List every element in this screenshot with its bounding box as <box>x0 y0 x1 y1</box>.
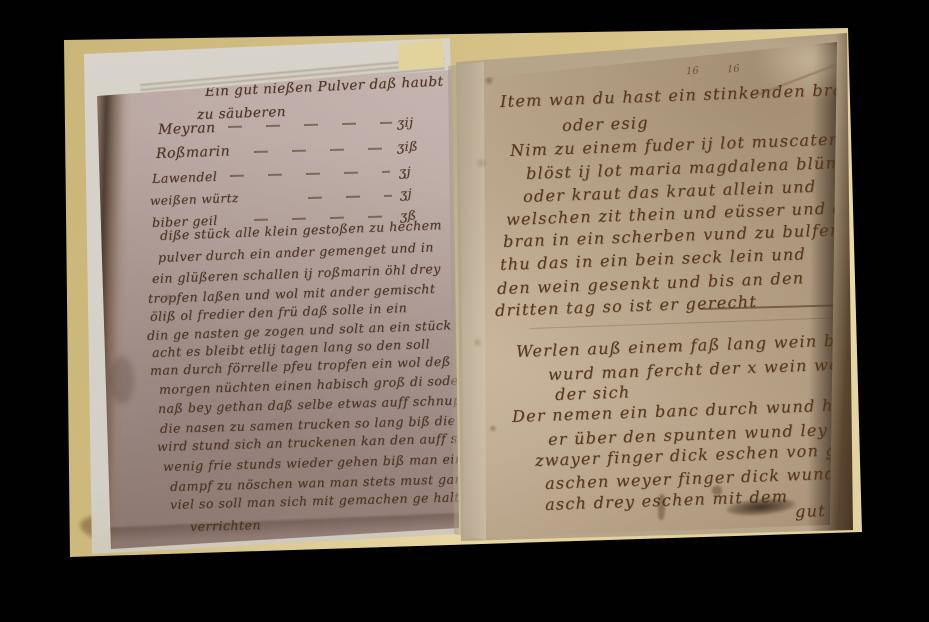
ingredient-name: Lawendel <box>152 169 218 186</box>
ingredient-dash <box>230 171 390 177</box>
manuscript-trailing-word: gut <box>795 501 827 521</box>
ink-drip <box>658 494 666 520</box>
page-number: 16 <box>727 64 740 76</box>
manuscript-line: Item wan du hast ein stinkenden bran <box>500 80 856 111</box>
photo-background: Ein gut nießen Pulver daß haubt zu säube… <box>0 0 929 622</box>
ingredient-value: ʒiß <box>397 138 418 154</box>
page-number: 16 <box>686 66 699 78</box>
manuscript-line: wenig frie stunds wieder gehen biß man e… <box>163 451 464 474</box>
ingredient-name: Roßmarin <box>156 143 231 162</box>
manuscript-line: der sich <box>555 382 631 404</box>
manuscript-line: pulver durch ein ander gemenget und in <box>158 239 434 265</box>
manuscript-line: den wein gesenkt und bis an den <box>497 268 805 298</box>
ingredient-value: ʒj <box>400 186 412 201</box>
ink-drip <box>712 486 722 495</box>
ingredient-value: ʒj <box>399 164 411 179</box>
ingredient-name: weißen würtz <box>150 191 239 208</box>
ingredient-dash <box>254 147 392 153</box>
ingredient-value: ʒij <box>397 114 414 130</box>
manuscript-line: oder esig <box>562 113 649 135</box>
ingredient-dash <box>308 195 392 199</box>
ingredient-name: Meyran <box>158 120 216 138</box>
paper-blotch <box>110 356 134 404</box>
ink-rule <box>530 317 846 329</box>
ink-spot <box>489 425 497 432</box>
ink-spot <box>472 338 483 347</box>
manuscript-line: wurd man fercht der x wein wer <box>548 355 849 384</box>
ink-spot <box>475 158 487 168</box>
manuscript-line: verrichten <box>190 517 261 534</box>
ingredient-dash <box>228 122 392 128</box>
